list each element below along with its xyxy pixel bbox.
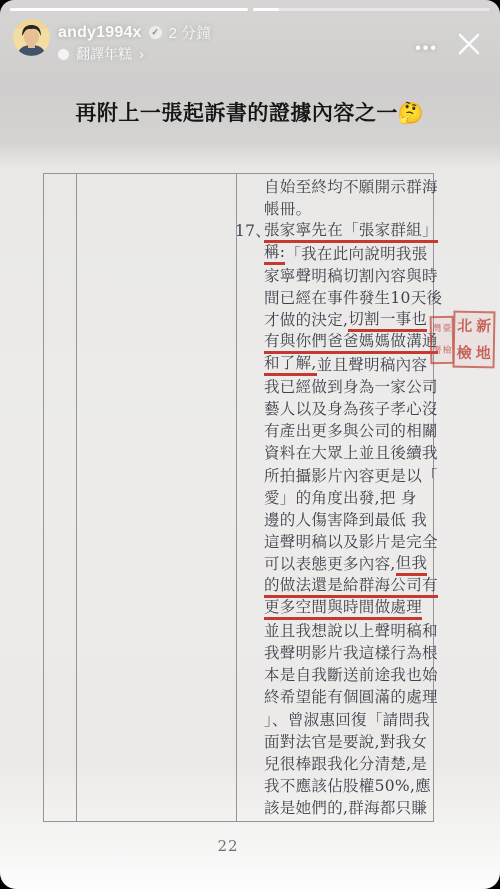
document-text: 可以表態更多內容, <box>264 552 396 574</box>
underlined-text: 張家寧先在「張家群組」 <box>264 218 438 243</box>
document-text: 本是自我斷送前途我也始 <box>264 663 438 685</box>
progress-segment-1 <box>10 8 248 11</box>
document-text: 邊的人傷害降到最低 我 <box>264 508 427 530</box>
story-header: andy1994x ✓ 2 分鐘 翻譯年糕 › ••• <box>0 16 500 68</box>
document-text: 愛」的角度出發,把 身 <box>264 486 417 508</box>
document-line: 帳冊。 <box>237 197 433 219</box>
document-text: 所拍攝影片內容更是以「 <box>264 464 438 486</box>
document-line: 並且我想說以上聲明稿和 <box>237 619 433 641</box>
document-line: 終希望能有個圓滿的處理 <box>237 685 433 707</box>
document-line: 才做的決定,切割一事也 <box>237 308 433 330</box>
story-timestamp: 2 分鐘 <box>169 22 212 43</box>
document-line: 面對法官是要說,對我女 <box>237 730 433 752</box>
more-options-button[interactable]: ••• <box>411 36 442 62</box>
translate-button[interactable]: 翻譯年糕 › <box>58 44 144 64</box>
document-line: 愛」的角度出發,把 身 <box>237 486 433 508</box>
document-text: 面對法官是要說,對我女 <box>264 730 427 752</box>
document-line: 稱:「我在此向說明我張 <box>237 242 433 264</box>
translate-label: 翻譯年糕 <box>76 44 132 64</box>
document-line: 兒很棒跟我化分清楚,是 <box>237 752 433 774</box>
document-line: 更多空間與時間做處理 <box>237 597 433 619</box>
document-text: 間已經在事件發生10天後 <box>264 286 442 308</box>
document-table: 自始至終均不願開示群海帳冊。17、張家寧先在「張家群組」稱:「我在此向說明我張家… <box>43 173 434 822</box>
story-progress-bar <box>10 8 490 11</box>
document-text: 終希望能有個圓滿的處理 <box>264 685 438 707</box>
document-photo[interactable]: 自始至終均不願開示群海帳冊。17、張家寧先在「張家群組」稱:「我在此向說明我張家… <box>0 142 500 889</box>
seal-character: 署 <box>433 346 442 356</box>
document-line: 家寧聲明稿切割內容與時 <box>237 264 433 286</box>
official-red-seal: 臺灣檢署 新北地檢 <box>430 311 494 369</box>
seal-left-stamp: 臺灣檢署 <box>430 316 455 364</box>
seal-character: 檢 <box>443 346 452 356</box>
seal-character: 灣 <box>432 324 441 334</box>
document-line: 這聲明稿以及影片是完全 <box>237 530 433 552</box>
document-text: 」、曾淑惠回復「請問我 <box>264 708 430 730</box>
document-line: 本是自我斷送前途我也始 <box>237 663 433 685</box>
document-text: 「我在此向說明我張 <box>285 242 427 264</box>
document-text: 資料在大眾上並且後續我 <box>264 441 438 463</box>
table-divider <box>76 174 77 821</box>
item-number: 17、 <box>235 219 271 241</box>
document-text: 兒很棒跟我化分清楚,是 <box>264 752 427 774</box>
verified-badge-icon: ✓ <box>149 26 162 39</box>
progress-segment-2 <box>253 8 491 11</box>
document-line: 資料在大眾上並且後續我 <box>237 441 433 463</box>
underlined-text: 和了解, <box>264 351 317 376</box>
document-text: 才做的決定, <box>264 308 348 330</box>
document-text: 並且我想說以上聲明稿和 <box>264 619 438 641</box>
document-text: 我聲明影片我這樣行為根 <box>264 641 438 663</box>
page-number: 22 <box>0 837 456 855</box>
seal-right-stamp: 新北地檢 <box>453 311 496 369</box>
underlined-text: 稱: <box>264 240 285 265</box>
seal-character: 地 <box>476 345 491 361</box>
document-line: 17、張家寧先在「張家群組」 <box>237 219 433 241</box>
document-line: 可以表態更多內容,但我 <box>237 552 433 574</box>
seal-character: 檢 <box>457 344 472 360</box>
document-line: 該是她們的,群海都只賺 <box>237 796 433 818</box>
document-line: 間已經在事件發生10天後 <box>237 286 433 308</box>
translate-icon <box>58 49 69 60</box>
username[interactable]: andy1994x <box>58 24 142 42</box>
chevron-right-icon: › <box>139 49 144 60</box>
document-line: 」、曾淑惠回復「請問我 <box>237 708 433 730</box>
document-line: 的做法還是給群海公司有 <box>237 574 433 596</box>
story-viewer[interactable]: andy1994x ✓ 2 分鐘 翻譯年糕 › ••• 再附上一張起訴書的證據內… <box>0 0 500 889</box>
document-text: 我不應該佔股權50%,應 <box>264 774 431 796</box>
document-text: 這聲明稿以及影片是完全 <box>264 530 438 552</box>
document-text: 有產出更多與公司的相關 <box>264 419 438 441</box>
close-icon <box>452 27 486 61</box>
seal-character: 新 <box>476 318 491 334</box>
seal-character: 臺 <box>442 324 451 334</box>
document-line: 自始至終均不願開示群海 <box>237 175 433 197</box>
document-line: 和了解,並且聲明稿內容 <box>237 353 433 375</box>
document-line: 有產出更多與公司的相關 <box>237 419 433 441</box>
document-line: 藝人以及身為孩子孝心沒 <box>237 397 433 419</box>
avatar[interactable] <box>13 19 50 56</box>
seal-character: 北 <box>457 318 472 334</box>
document-text: 我已經做到身為一家公司 <box>264 375 438 397</box>
underlined-text: 更多空間與時間做處理 <box>264 595 422 620</box>
document-line: 有與你們爸爸媽媽做溝通 <box>237 330 433 352</box>
document-line: 我已經做到身為一家公司 <box>237 375 433 397</box>
document-text: 藝人以及身為孩子孝心沒 <box>264 397 438 419</box>
document-text: 並且聲明稿內容 <box>317 353 428 375</box>
document-text-column: 自始至終均不願開示群海帳冊。17、張家寧先在「張家群組」稱:「我在此向說明我張家… <box>237 174 433 818</box>
document-line: 所拍攝影片內容更是以「 <box>237 463 433 485</box>
avatar-image <box>13 19 50 56</box>
close-button[interactable] <box>452 27 486 61</box>
document-text: 自始至終均不願開示群海 <box>264 175 438 197</box>
document-line: 我不應該佔股權50%,應 <box>237 774 433 796</box>
document-text: 帳冊。 <box>264 197 311 219</box>
document-line: 我聲明影片我這樣行為根 <box>237 641 433 663</box>
document-text: 該是她們的,群海都只賺 <box>264 796 427 818</box>
story-caption: 再附上一張起訴書的證據內容之一🤔 <box>0 97 500 127</box>
document-text: 家寧聲明稿切割內容與時 <box>264 264 438 286</box>
document-line: 邊的人傷害降到最低 我 <box>237 508 433 530</box>
